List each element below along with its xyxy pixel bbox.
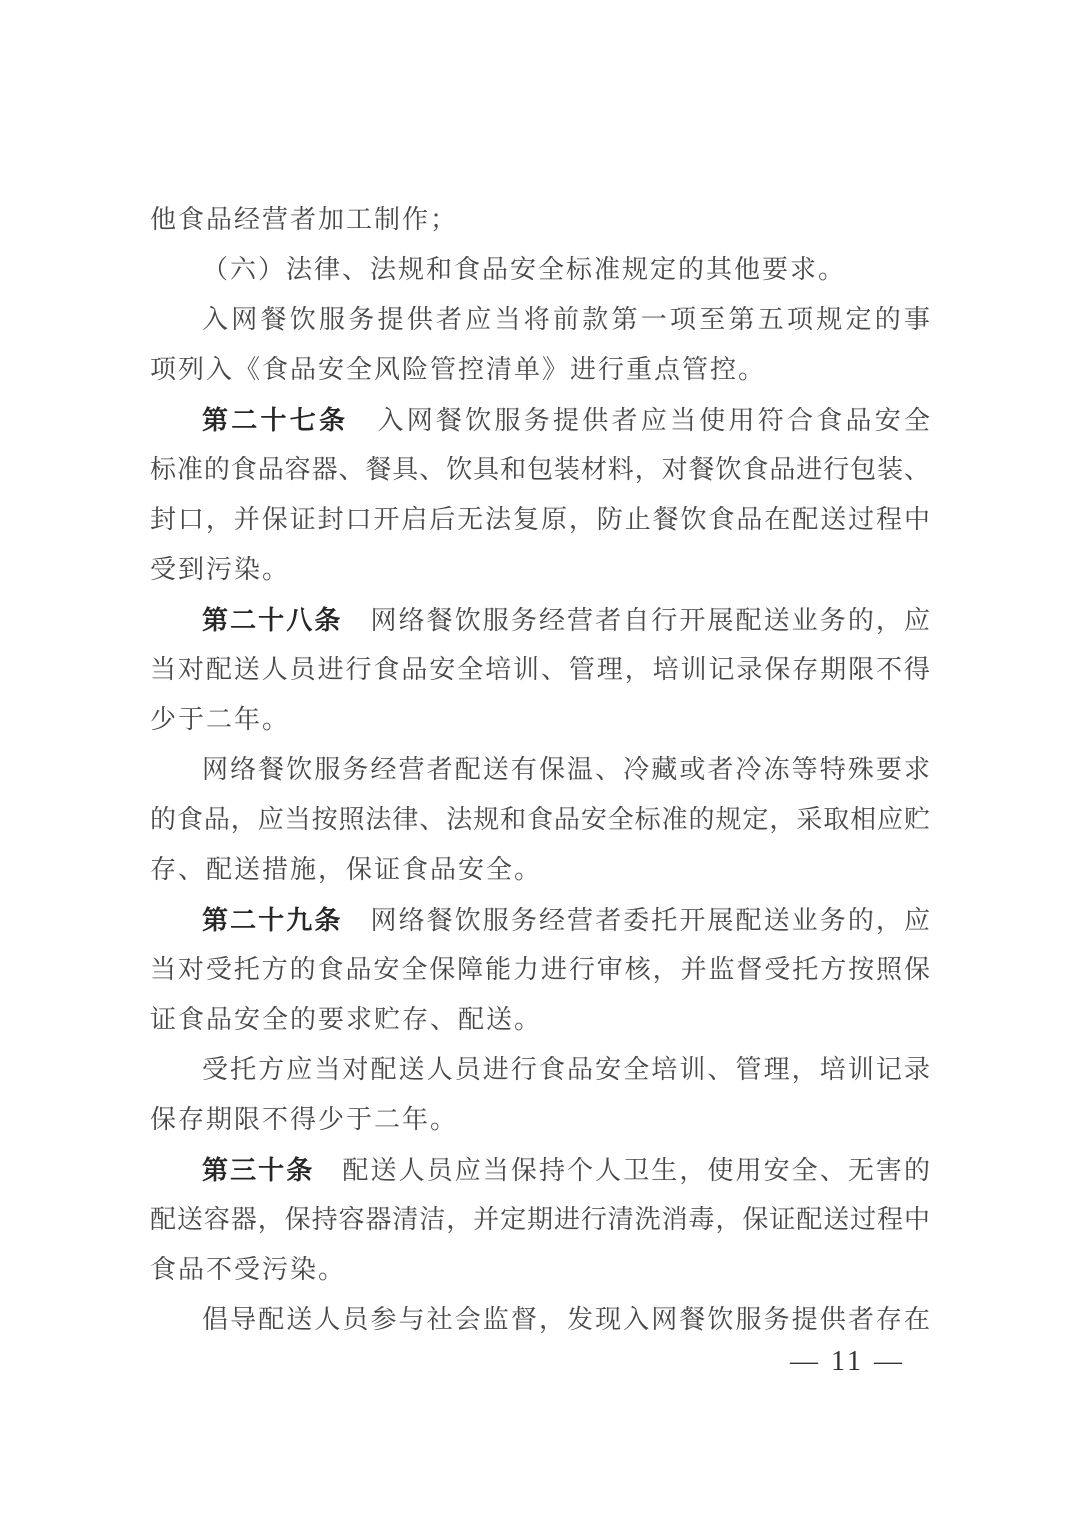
article-number: 第二十七条 [202,405,348,435]
text-line: （六）法律、法规和食品安全标准规定的其他要求。 [150,245,930,295]
text-line: 证食品安全的要求贮存、配送。 [150,995,930,1045]
article-number: 第二十八条 [202,605,342,635]
text-segment: 封口，并保证封口开启后无法复原，防止餐饮食品在配送过程中 [150,505,930,534]
text-segment: 受到污染。 [150,555,290,584]
text-line: 标准的食品容器、餐具、饮具和包装材料，对餐饮食品进行包装、 [150,445,930,495]
text-segment: 配送人员应当保持个人卫生，使用安全、无害的 [314,1156,930,1185]
text-segment: 入网餐饮服务提供者应当将前款第一项至第五项规定的事 [202,305,930,334]
text-line: 少于二年。 [150,695,930,745]
text-segment: （六）法律、法规和食品安全标准规定的其他要求。 [202,255,846,284]
text-line: 存、配送措施，保证食品安全。 [150,845,930,895]
text-line: 网络餐饮服务经营者配送有保温、冷藏或者冷冻等特殊要求 [150,745,930,795]
text-segment: 当对配送人员进行食品安全培训、管理，培训记录保存期限不得 [150,655,930,684]
text-line: 配送容器，保持容器清洁，并定期进行清洗消毒，保证配送过程中 [150,1195,930,1245]
text-segment: 网络餐饮服务经营者委托开展配送业务的，应 [342,906,930,935]
text-segment: 他食品经营者加工制作； [150,205,458,234]
text-line: 入网餐饮服务提供者应当将前款第一项至第五项规定的事 [150,295,930,345]
text-segment: 网络餐饮服务经营者配送有保温、冷藏或者冷冻等特殊要求 [202,755,930,784]
document-page: 他食品经营者加工制作；（六）法律、法规和食品安全标准规定的其他要求。入网餐饮服务… [0,0,1080,1515]
text-line: 第三十条 配送人员应当保持个人卫生，使用安全、无害的 [150,1145,930,1195]
document-lines: 他食品经营者加工制作；（六）法律、法规和食品安全标准规定的其他要求。入网餐饮服务… [150,195,930,1345]
text-line: 的食品，应当按照法律、法规和食品安全标准的规定，采取相应贮 [150,795,930,845]
text-segment: 当对受托方的食品安全保障能力进行审核，并监督受托方按照保 [150,955,930,984]
text-segment: 存、配送措施，保证食品安全。 [150,855,542,884]
text-segment: 受托方应当对配送人员进行食品安全培训、管理，培训记录 [202,1055,930,1084]
text-segment: 标准的食品容器、餐具、饮具和包装材料，对餐饮食品进行包装、 [150,455,930,484]
article-number: 第二十九条 [202,905,342,935]
page-number: — 11 — [790,1338,905,1386]
text-segment: 少于二年。 [150,705,290,734]
text-segment: 入网餐饮服务提供者应当使用符合食品安全 [348,406,930,435]
text-line: 受托方应当对配送人员进行食品安全培训、管理，培训记录 [150,1045,930,1095]
text-segment: 项列入《食品安全风险管控清单》进行重点管控。 [150,355,766,384]
text-segment: 配送容器，保持容器清洁，并定期进行清洗消毒，保证配送过程中 [150,1205,930,1234]
text-line: 封口，并保证封口开启后无法复原，防止餐饮食品在配送过程中 [150,495,930,545]
text-line: 食品不受污染。 [150,1245,930,1295]
text-segment: 的食品，应当按照法律、法规和食品安全标准的规定，采取相应贮 [150,805,930,834]
text-line: 保存期限不得少于二年。 [150,1095,930,1145]
text-line: 项列入《食品安全风险管控清单》进行重点管控。 [150,345,930,395]
text-segment: 倡导配送人员参与社会监督，发现入网餐饮服务提供者存在 [202,1305,930,1334]
text-line: 当对受托方的食品安全保障能力进行审核，并监督受托方按照保 [150,945,930,995]
text-segment: 食品不受污染。 [150,1255,346,1284]
text-line: 受到污染。 [150,545,930,595]
text-line: 第二十七条 入网餐饮服务提供者应当使用符合食品安全 [150,395,930,445]
text-line: 当对配送人员进行食品安全培训、管理，培训记录保存期限不得 [150,645,930,695]
text-segment: 保存期限不得少于二年。 [150,1105,458,1134]
text-line: 第二十八条 网络餐饮服务经营者自行开展配送业务的，应 [150,595,930,645]
text-line: 第二十九条 网络餐饮服务经营者委托开展配送业务的，应 [150,895,930,945]
text-line: 他食品经营者加工制作； [150,195,930,245]
text-segment: 证食品安全的要求贮存、配送。 [150,1005,542,1034]
article-number: 第三十条 [202,1155,314,1185]
text-segment: 网络餐饮服务经营者自行开展配送业务的，应 [342,606,930,635]
